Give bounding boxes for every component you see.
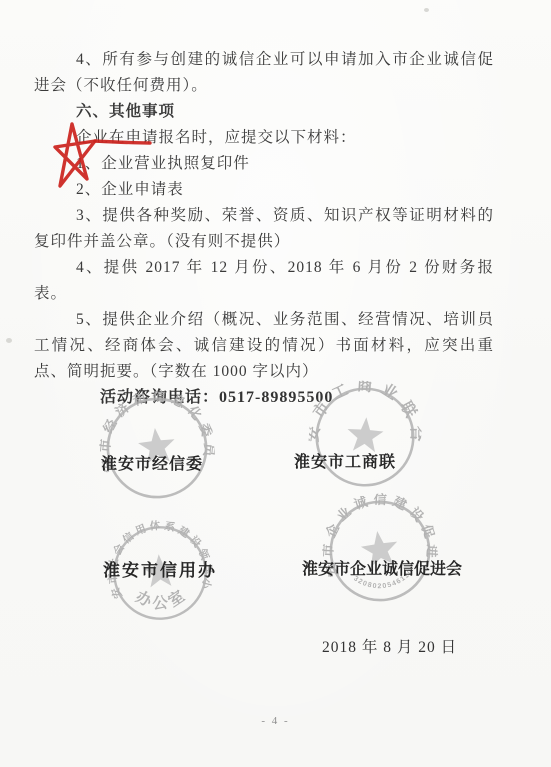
org-label-chengxinhui: 淮安市企业诚信促进会	[302, 556, 462, 579]
scan-speck	[6, 338, 12, 343]
paragraph-material-5: 5、提供企业介绍（概况、业务范围、经营情况、培训员工情况、经商体会、诚信建设的情…	[34, 307, 494, 385]
seal-economic-information-commission: 淮安市经济和信息化委员会	[94, 385, 219, 510]
svg-text:办公室: 办公室	[132, 583, 192, 614]
org-label-gongshanglian: 淮安市工商联	[294, 449, 396, 472]
scan-speck	[424, 8, 429, 12]
seal-enterprise-integrity-association: 淮安市企业诚信建设促进会 3208020546110	[316, 487, 445, 616]
document-date: 2018 年 8 月 20 日	[322, 635, 457, 657]
org-label-jingxinwei: 淮安市经信委	[101, 451, 203, 474]
seal-bottom-text: 办公室	[132, 583, 192, 614]
paragraph-material-3: 3、提供各种奖励、荣誉、资质、知识产权等证明材料的复印件并盖公章。（没有则不提供…	[34, 203, 494, 255]
seal-star-icon	[346, 416, 384, 453]
paragraph-item4: 4、所有参与创建的诚信企业可以申请加入市企业诚信促进会（不收任何费用）。	[34, 47, 494, 99]
red-pen-star-annotation	[46, 118, 156, 192]
paragraph-material-4: 4、提供 2017 年 12 月份、2018 年 6 月份 2 份财务报表。	[34, 255, 494, 307]
scanned-document-page: 4、所有参与创建的诚信企业可以申请加入市企业诚信促进会（不收任何费用）。 六、其…	[0, 0, 551, 767]
star-tail-stroke	[95, 141, 150, 143]
document-body: 4、所有参与创建的诚信企业可以申请加入市企业诚信促进会（不收任何费用）。 六、其…	[34, 47, 494, 411]
page-number: - 4 -	[0, 715, 551, 727]
seal-federation-industry-commerce: 淮安市工商业联合会	[305, 377, 425, 497]
star-stroke	[55, 124, 95, 186]
org-label-xinyongban: 淮安市信用办	[103, 556, 217, 581]
